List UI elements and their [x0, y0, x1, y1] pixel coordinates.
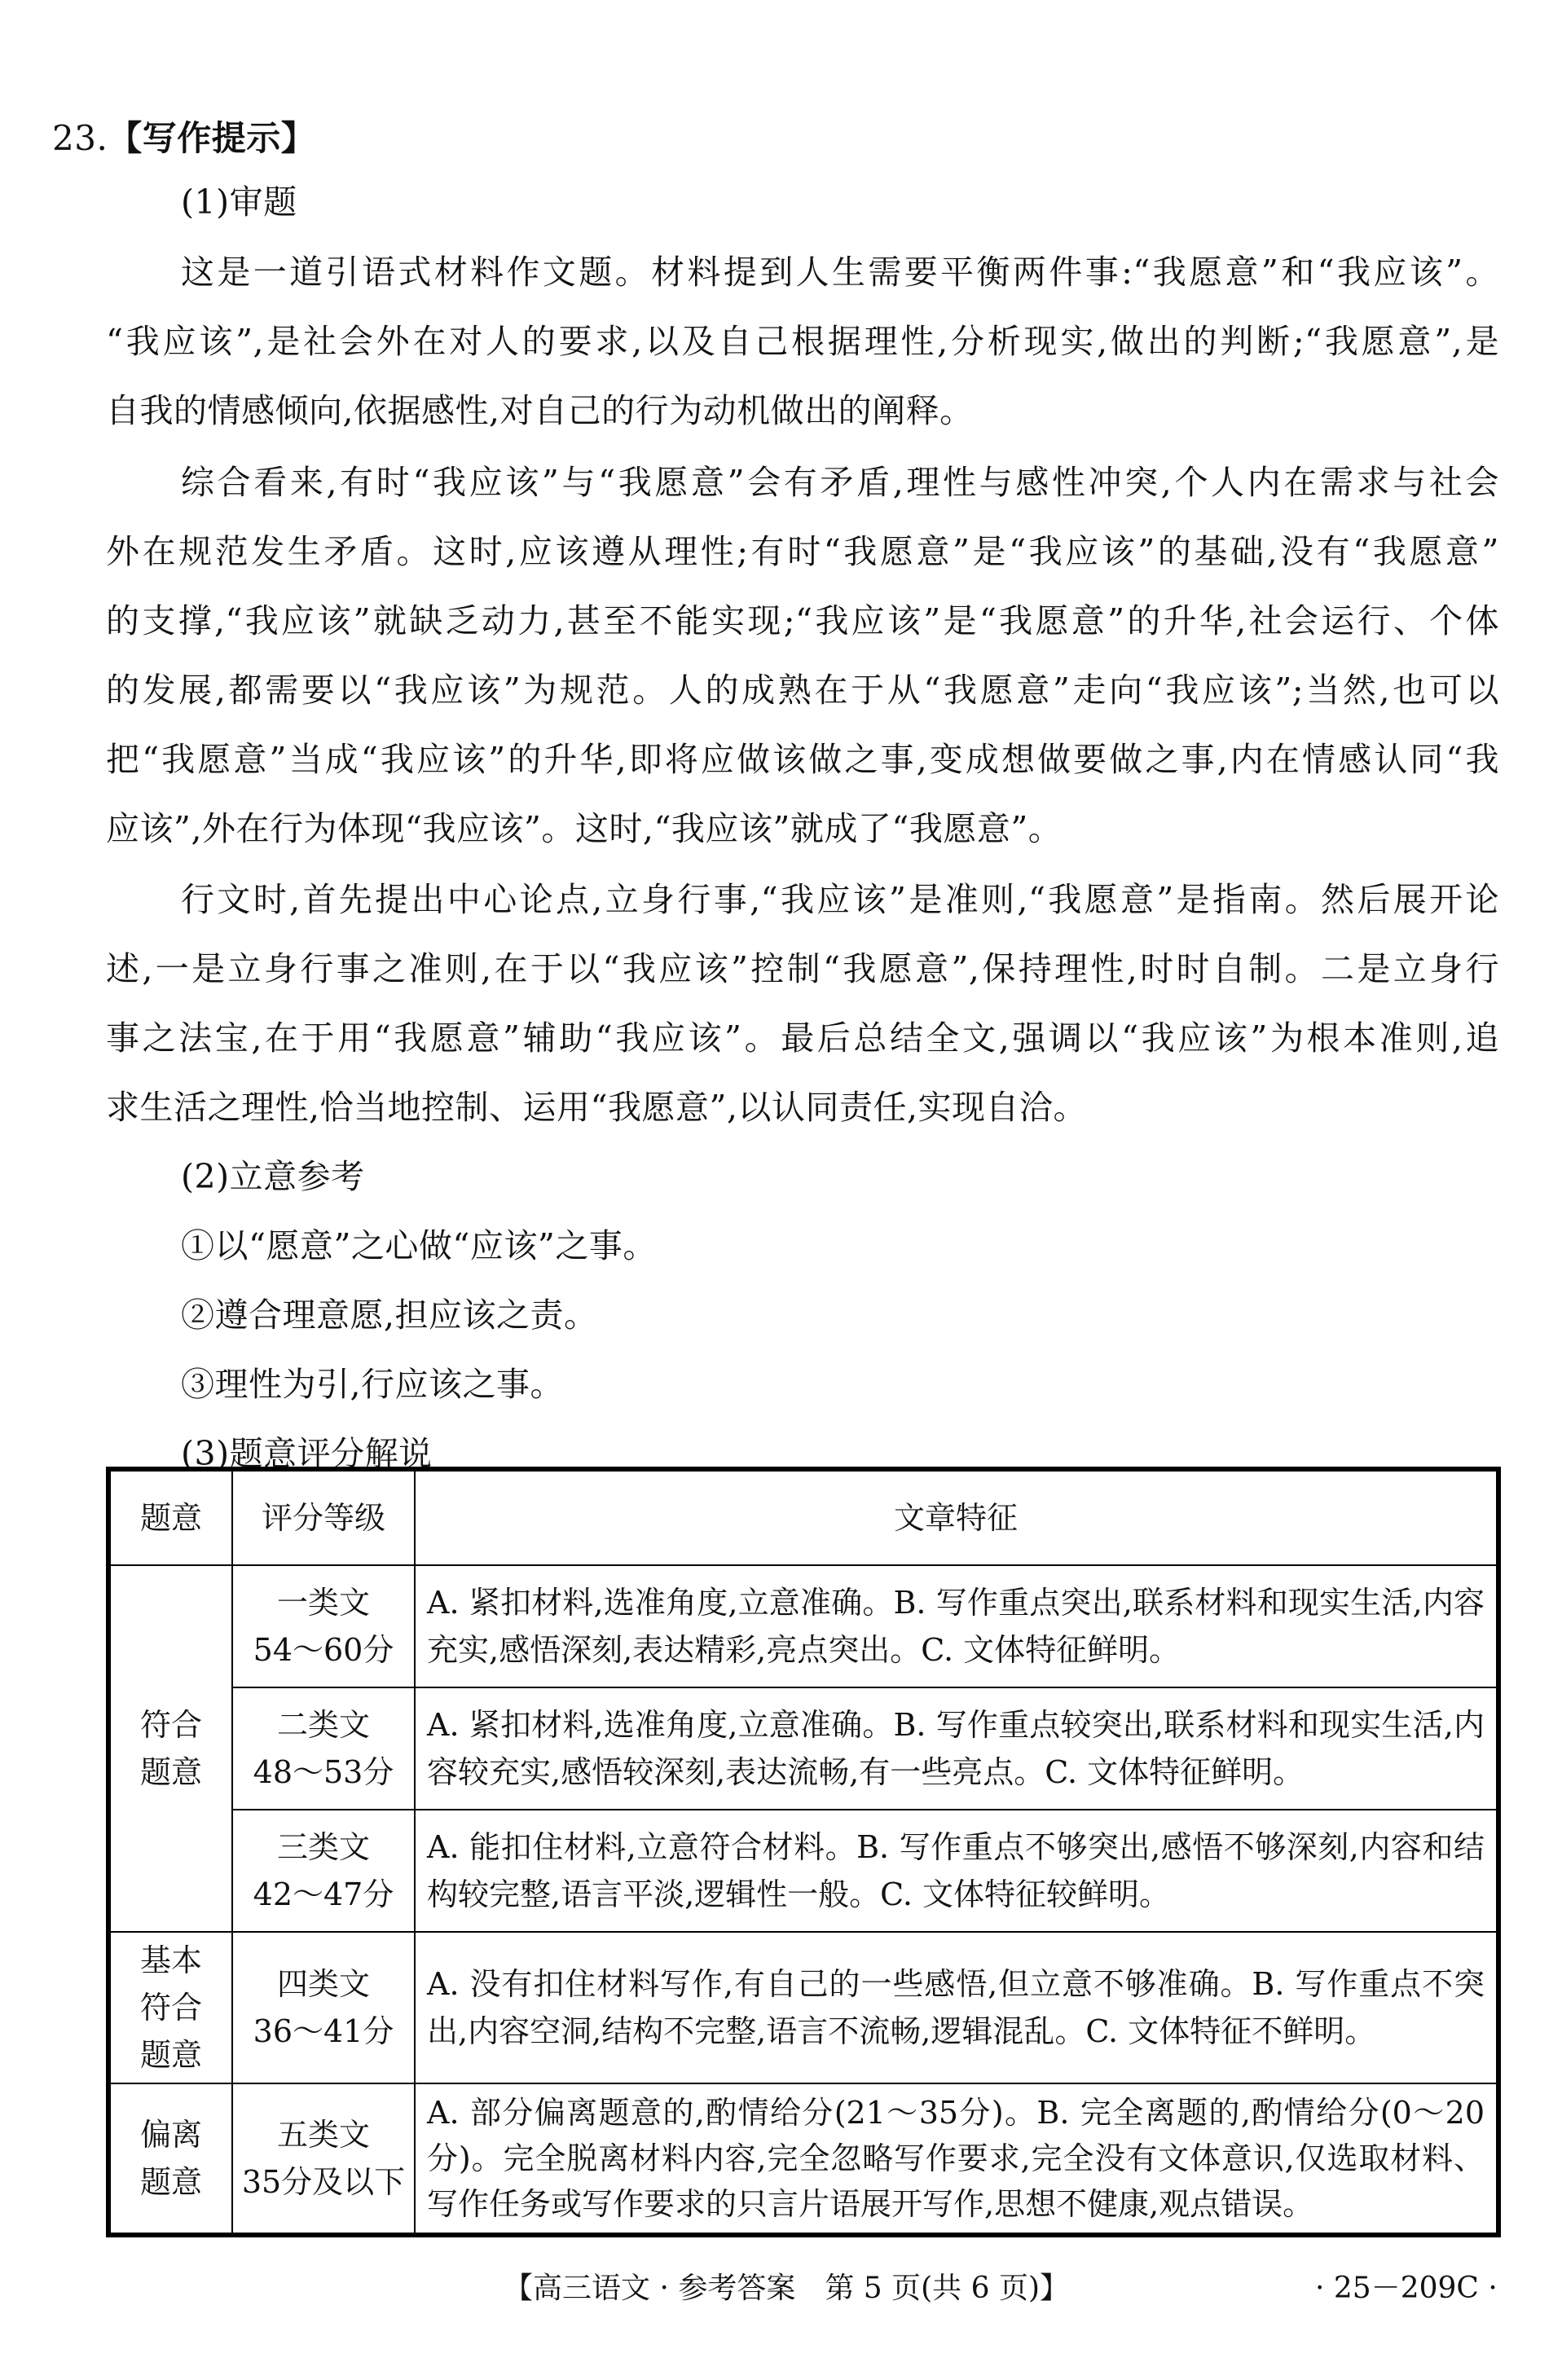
grading-table: 题意 评分等级 文章特征 符合 题意 一类文 54～60分 A. 紧扣材料,选准…	[106, 1467, 1501, 2237]
idea-item-2: ②遵合理意愿,担应该之责。	[181, 1296, 598, 1335]
grade-cell: 三类文 42～47分	[232, 1810, 415, 1932]
section1-title: (1)审题	[181, 183, 297, 222]
grade-cell: 一类文 54～60分	[232, 1565, 415, 1687]
doc-code: · 25－209C ·	[1315, 2270, 1498, 2307]
group-label-line: 偏离	[112, 2111, 231, 2158]
features-cell: A. 部分偏离题意的,酌情给分(21～35分)。B. 完全离题的,酌情给分(0～…	[415, 2083, 1498, 2235]
para2-line6: 应该”,外在行为体现“我应该”。这时,“我应该”就成了“我愿意”。	[106, 809, 1062, 848]
grade-name: 二类文	[234, 1701, 413, 1749]
features-cell: A. 能扣住材料,立意符合材料。B. 写作重点不够突出,感悟不够深刻,内容和结构…	[415, 1810, 1498, 1932]
table-header-row: 题意 评分等级 文章特征	[108, 1469, 1498, 1565]
grade-cell: 四类文 36～41分	[232, 1932, 415, 2083]
table-row: 符合 题意 一类文 54～60分 A. 紧扣材料,选准角度,立意准确。B. 写作…	[108, 1565, 1498, 1687]
section2-title: (2)立意参考	[181, 1157, 365, 1196]
group-label-line: 题意	[112, 2158, 231, 2206]
group-label-line: 基本	[112, 1937, 231, 1984]
para1-line2: “我应该”,是社会外在对人的要求,以及自己根据理性,分析现实,做出的判断;“我愿…	[106, 322, 1499, 361]
question-heading-label: 【写作提示】	[108, 118, 315, 158]
para3-line3: 事之法宝,在于用“我愿意”辅助“我应该”。最后总结全文,强调以“我应该”为根本准…	[106, 1018, 1499, 1058]
header-topic: 题意	[108, 1469, 232, 1565]
group-label-conform: 符合 题意	[108, 1565, 232, 1932]
question-number: 23.	[52, 118, 108, 158]
grade-cell: 二类文 48～53分	[232, 1687, 415, 1810]
grade-name: 一类文	[234, 1579, 413, 1626]
features-cell: A. 没有扣住材料写作,有自己的一些感悟,但立意不够准确。B. 写作重点不突出,…	[415, 1932, 1498, 2083]
features-cell: A. 紧扣材料,选准角度,立意准确。B. 写作重点突出,联系材料和现实生活,内容…	[415, 1565, 1498, 1687]
grade-score: 42～47分	[234, 1871, 413, 1918]
grade-score: 35分及以下	[234, 2158, 413, 2206]
para3-line2: 述,一是立身行事之准则,在于以“我应该”控制“我愿意”,保持理性,时时自制。二是…	[106, 949, 1499, 988]
group-label-basic: 基本 符合 题意	[108, 1932, 232, 2083]
table-row: 二类文 48～53分 A. 紧扣材料,选准角度,立意准确。B. 写作重点较突出,…	[108, 1687, 1498, 1810]
page-footer: 【高三语文 · 参考答案 第 5 页(共 6 页)】	[504, 2270, 1069, 2307]
table-row: 偏离 题意 五类文 35分及以下 A. 部分偏离题意的,酌情给分(21～35分)…	[108, 2083, 1498, 2235]
group-label-line: 符合	[112, 1701, 231, 1749]
question-heading: 23.【写作提示】	[52, 119, 315, 158]
grade-name: 三类文	[234, 1823, 413, 1871]
para2-line5: 把“我愿意”当成“我应该”的升华,即将应做该做之事,变成想做要做之事,内在情感认…	[106, 740, 1499, 779]
para1-line1: 这是一道引语式材料作文题。材料提到人生需要平衡两件事:“我愿意”和“我应该”。	[181, 253, 1499, 292]
para2-line3: 的支撑,“我应该”就缺乏动力,甚至不能实现;“我应该”是“我愿意”的升华,社会运…	[106, 601, 1499, 640]
para2-line2: 外在规范发生矛盾。这时,应该遵从理性;有时“我愿意”是“我应该”的基础,没有“我…	[106, 532, 1499, 571]
group-label-deviate: 偏离 题意	[108, 2083, 232, 2235]
para2-line1: 综合看来,有时“我应该”与“我愿意”会有矛盾,理性与感性冲突,个人内在需求与社会	[181, 463, 1499, 502]
grade-name: 四类文	[234, 1960, 413, 2008]
group-label-line: 题意	[112, 1749, 231, 1796]
para3-line4: 求生活之理性,恰当地控制、运用“我愿意”,以认同责任,实现自洽。	[106, 1088, 1087, 1127]
idea-item-1: ①以“愿意”之心做“应该”之事。	[181, 1226, 657, 1265]
group-label-line: 符合	[112, 1984, 231, 2031]
table-row: 三类文 42～47分 A. 能扣住材料,立意符合材料。B. 写作重点不够突出,感…	[108, 1810, 1498, 1932]
grade-cell: 五类文 35分及以下	[232, 2083, 415, 2235]
grade-name: 五类文	[234, 2111, 413, 2158]
para3-line1: 行文时,首先提出中心论点,立身行事,“我应该”是准则,“我愿意”是指南。然后展开…	[181, 880, 1499, 919]
table-row: 基本 符合 题意 四类文 36～41分 A. 没有扣住材料写作,有自己的一些感悟…	[108, 1932, 1498, 2083]
features-cell: A. 紧扣材料,选准角度,立意准确。B. 写作重点较突出,联系材料和现实生活,内…	[415, 1687, 1498, 1810]
grade-score: 48～53分	[234, 1749, 413, 1796]
header-features: 文章特征	[415, 1469, 1498, 1565]
group-label-line: 题意	[112, 2031, 231, 2079]
para1-line3: 自我的情感倾向,依据感性,对自己的行为动机做出的阐释。	[106, 391, 974, 430]
idea-item-3: ③理性为引,行应该之事。	[181, 1365, 564, 1404]
grade-score: 36～41分	[234, 2008, 413, 2055]
header-grade: 评分等级	[232, 1469, 415, 1565]
grade-score: 54～60分	[234, 1626, 413, 1674]
para2-line4: 的发展,都需要以“我应该”为规范。人的成熟在于从“我愿意”走向“我应该”;当然,…	[106, 671, 1499, 710]
